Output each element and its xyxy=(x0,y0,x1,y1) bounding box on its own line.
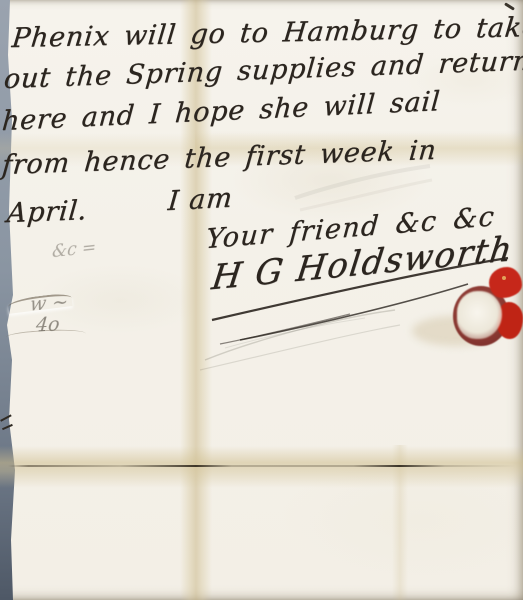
faint-ink-mark: 4o xyxy=(35,313,60,336)
wax-seal-glint xyxy=(502,276,506,280)
closing-i-am: I am xyxy=(167,183,235,218)
wax-seal xyxy=(440,266,523,358)
wax-seal-fragment xyxy=(489,267,522,298)
letter-line: April. xyxy=(6,195,89,229)
letter-scan: Phenix will go to Hamburg to take out th… xyxy=(0,0,523,600)
faint-ink-mark: w ~ xyxy=(29,291,69,316)
faded-flourish xyxy=(195,300,405,375)
